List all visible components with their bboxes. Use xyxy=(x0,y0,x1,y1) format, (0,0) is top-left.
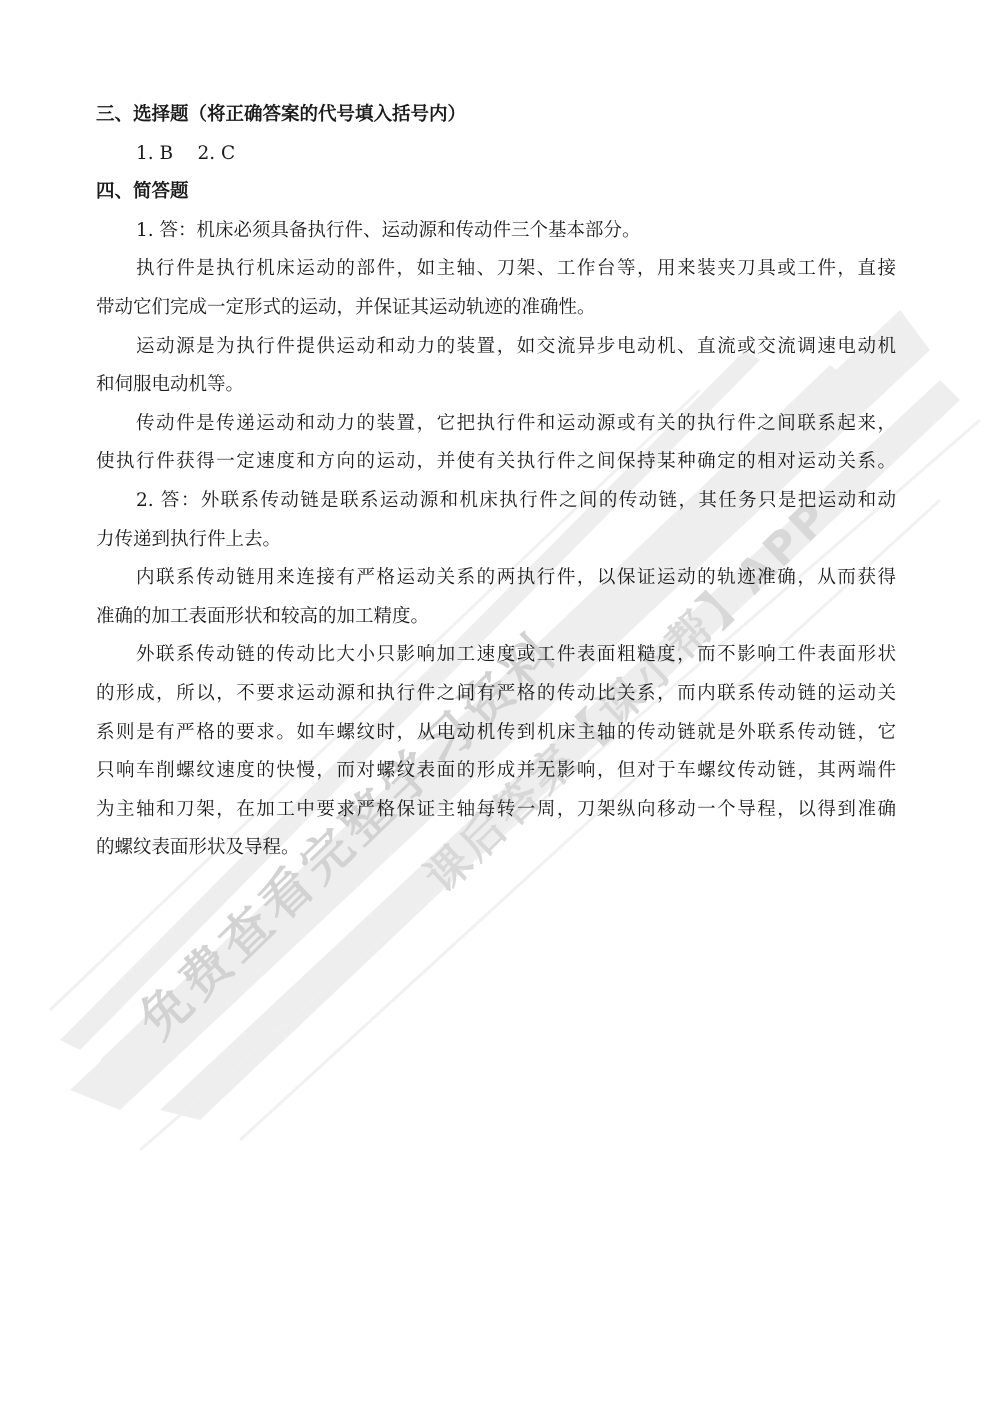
answer-1: 1. 答：机床必须具备执行件、运动源和传动件三个基本部分。 执行件是执行机床运动… xyxy=(96,212,896,482)
paragraph-line: 传动件是传递运动和动力的装置，它把执行件和运动源或有关的执行件之间联系起来， xyxy=(96,405,896,444)
paragraph-line: 力传递到执行件上去。 xyxy=(96,521,896,560)
paragraph-line: 的螺纹表面形状及导程。 xyxy=(96,829,896,868)
paragraph-line: 2. 答：外联系传动链是联系运动源和机床执行件之间的传动链，其任务只是把运动和动 xyxy=(96,482,896,521)
paragraph-line: 执行件是执行机床运动的部件，如主轴、刀架、工作台等，用来装夹刀具或工件，直接 xyxy=(96,250,896,289)
paragraph-line: 运动源是为执行件提供运动和动力的装置，如交流异步电动机、直流或交流调速电动机 xyxy=(96,328,896,367)
paragraph-line: 使执行件获得一定速度和方向的运动，并使有关执行件之间保持某种确定的相对运动关系。 xyxy=(96,443,896,482)
paragraph-line: 和伺服电动机等。 xyxy=(96,366,896,405)
section-heading-multiple-choice: 三、选择题（将正确答案的代号填入括号内） xyxy=(96,96,896,135)
section-heading-short-answer: 四、简答题 xyxy=(96,173,896,212)
paragraph-line: 系则是有严格的要求。如车螺纹时，从电动机传到机床主轴的传动链就是外联系传动链，它 xyxy=(96,714,896,753)
paragraph-line: 只响车削螺纹速度的快慢，而对螺纹表面的形成并无影响，但对于车螺纹传动链，其两端件 xyxy=(96,752,896,791)
answer-2: 2. 答：外联系传动链是联系运动源和机床执行件之间的传动链，其任务只是把运动和动… xyxy=(96,482,896,868)
paragraph-line: 外联系传动链的传动比大小只影响加工速度或工件表面粗糙度，而不影响工件表面形状 xyxy=(96,636,896,675)
paragraph-line: 准确的加工表面形状和较高的加工精度。 xyxy=(96,598,896,637)
multiple-choice-answers: 1. B 2. C xyxy=(96,135,896,174)
paragraph-line: 内联系传动链用来连接有严格运动关系的两执行件，以保证运动的轨迹准确，从而获得 xyxy=(96,559,896,598)
paragraph-line: 带动它们完成一定形式的运动，并保证其运动轨迹的准确性。 xyxy=(96,289,896,328)
paragraph-line: 的形成，所以，不要求运动源和执行件之间有严格的传动比关系，而内联系传动链的运动关 xyxy=(96,675,896,714)
paragraph-line: 为主轴和刀架，在加工中要求严格保证主轴每转一周，刀架纵向移动一个导程，以得到准确 xyxy=(96,791,896,830)
document-body: 三、选择题（将正确答案的代号填入括号内） 1. B 2. C 四、简答题 1. … xyxy=(96,96,896,868)
paragraph-line: 1. 答：机床必须具备执行件、运动源和传动件三个基本部分。 xyxy=(96,212,896,251)
